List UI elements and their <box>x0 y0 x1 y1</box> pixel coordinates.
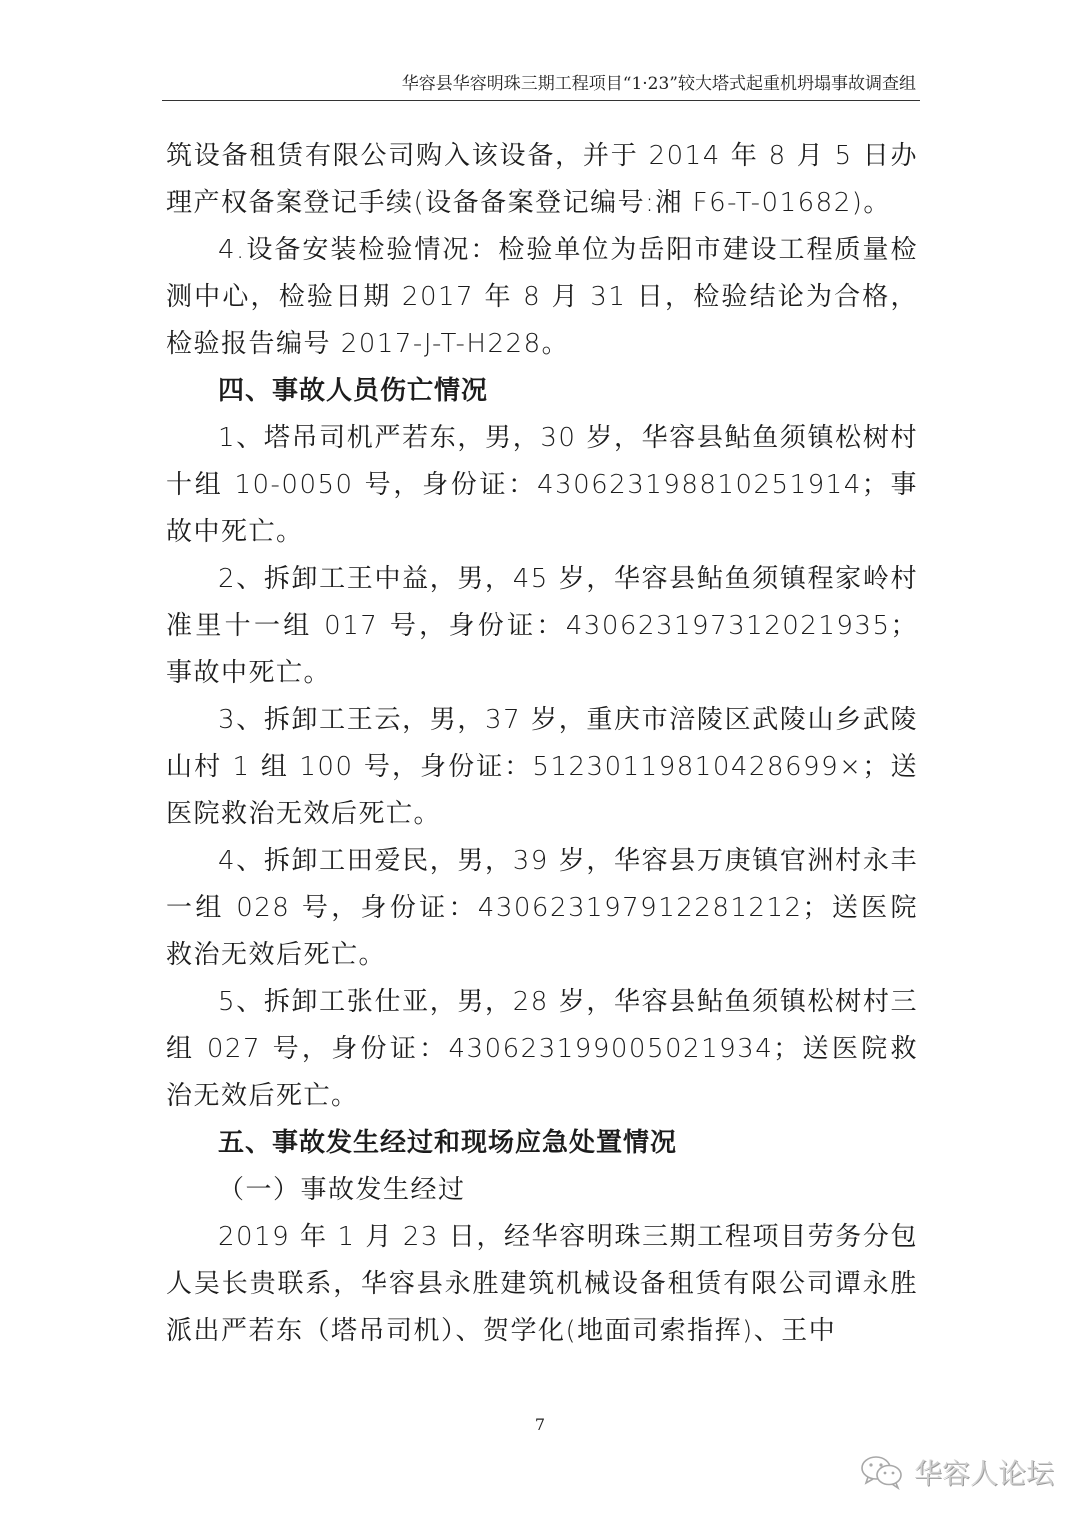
watermark-text: 华容人论坛 <box>914 1452 1054 1492</box>
wechat-icon <box>860 1454 904 1490</box>
casualty-item: 1、塔吊司机严若东，男，30 岁，华容县鲇鱼须镇松树村十组 10-0050 号，… <box>166 415 918 556</box>
section-heading-casualties: 四、事故人员伤亡情况 <box>166 368 918 415</box>
casualty-item: 5、拆卸工张仕亚，男，28 岁，华容县鲇鱼须镇松树村三组 027 号，身份证：4… <box>166 979 918 1120</box>
subsection-heading: （一）事故发生经过 <box>166 1167 918 1214</box>
section-heading-accident-process: 五、事故发生经过和现场应急处置情况 <box>166 1120 918 1167</box>
casualty-item: 3、拆卸工王云，男，37 岁，重庆市涪陵区武陵山乡武陵山村 1 组 100 号，… <box>166 697 918 838</box>
document-body: 筑设备租赁有限公司购入该设备，并于 2014 年 8 月 5 日办理产权备案登记… <box>166 133 918 1355</box>
paragraph-equipment-inspection: 4.设备安装检验情况：检验单位为岳阳市建设工程质量检测中心，检验日期 2017 … <box>166 227 918 368</box>
casualty-item: 2、拆卸工王中益，男，45 岁，华容县鲇鱼须镇程家岭村准里十一组 017 号，身… <box>166 556 918 697</box>
page-header: 华容县华容明珠三期工程项目“1·23”较大塔式起重机坍塌事故调查组 <box>162 72 920 96</box>
watermark: 华容人论坛 <box>860 1452 1054 1492</box>
header-divider <box>162 100 920 101</box>
paragraph-continuation: 筑设备租赁有限公司购入该设备，并于 2014 年 8 月 5 日办理产权备案登记… <box>166 133 918 227</box>
casualty-item: 4、拆卸工田爱民，男，39 岁，华容县万庚镇官洲村永丰一组 028 号，身份证：… <box>166 838 918 979</box>
paragraph-accident-narrative: 2019 年 1 月 23 日，经华容明珠三期工程项目劳务分包人吴长贵联系，华容… <box>166 1214 918 1355</box>
page-number: 7 <box>0 1415 1080 1434</box>
